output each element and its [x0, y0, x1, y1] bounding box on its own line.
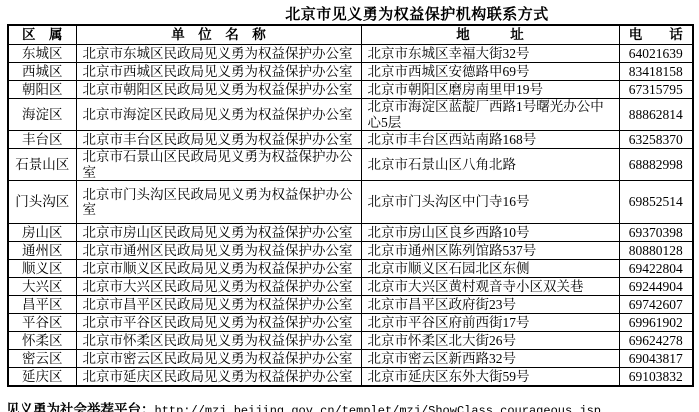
- district-cell: 延庆区: [8, 368, 76, 387]
- unit-cell: 北京市通州区民政局见义勇为权益保护办公室: [76, 242, 361, 260]
- table-row: 顺义区 北京市顺义区民政局见义勇为权益保护办公室 北京市顺义区石园北区东侧 69…: [8, 260, 693, 278]
- table-row: 朝阳区 北京市朝阳区民政局见义勇为权益保护办公室 北京市朝阳区磨房南里甲19号 …: [8, 81, 693, 99]
- phone-cell: 69043817: [619, 350, 693, 368]
- unit-cell: 北京市门头沟区民政局见义勇为权益保护办公室: [76, 181, 361, 224]
- page-footer: 见义勇为社会举荐平台：http://mzj.beijing.gov.cn/tem…: [6, 398, 699, 412]
- table-row: 大兴区 北京市大兴区民政局见义勇为权益保护办公室 北京市大兴区黄村观音寺小区双关…: [8, 278, 693, 296]
- unit-cell: 北京市朝阳区民政局见义勇为权益保护办公室: [76, 81, 361, 99]
- district-cell: 通州区: [8, 242, 76, 260]
- table-row: 门头沟区 北京市门头沟区民政局见义勇为权益保护办公室 北京市门头沟区中门寺16号…: [8, 181, 693, 224]
- address-cell: 北京市平谷区府前西街17号: [361, 314, 619, 332]
- table-body: 东城区 北京市东城区民政局见义勇为权益保护办公室 北京市东城区幸福大街32号 6…: [8, 45, 693, 387]
- footer-label: 见义勇为社会举荐平台：: [6, 402, 155, 412]
- phone-cell: 69742607: [619, 296, 693, 314]
- unit-cell: 北京市丰台区民政局见义勇为权益保护办公室: [76, 131, 361, 149]
- address-cell: 北京市海淀区蓝靛厂西路1号曙光办公中心5层: [361, 99, 619, 131]
- unit-cell: 北京市石景山区民政局见义勇为权益保护办公室: [76, 149, 361, 181]
- phone-cell: 69852514: [619, 181, 693, 224]
- phone-cell: 88862814: [619, 99, 693, 131]
- address-cell: 北京市昌平区政府街23号: [361, 296, 619, 314]
- phone-cell: 63258370: [619, 131, 693, 149]
- table-row: 延庆区 北京市延庆区民政局见义勇为权益保护办公室 北京市延庆区东外大街59号 6…: [8, 368, 693, 387]
- district-cell: 丰台区: [8, 131, 76, 149]
- contacts-table: 区 属 单 位 名 称 地 址 电 话 东城区 北京市东城区民政局见义勇为权益保…: [7, 24, 694, 387]
- table-row: 怀柔区 北京市怀柔区民政局见义勇为权益保护办公室 北京市怀柔区北大街26号 69…: [8, 332, 693, 350]
- unit-cell: 北京市东城区民政局见义勇为权益保护办公室: [76, 45, 361, 63]
- table-row: 东城区 北京市东城区民政局见义勇为权益保护办公室 北京市东城区幸福大街32号 6…: [8, 45, 693, 63]
- district-cell: 怀柔区: [8, 332, 76, 350]
- table-row: 丰台区 北京市丰台区民政局见义勇为权益保护办公室 北京市丰台区西站南路168号 …: [8, 131, 693, 149]
- phone-cell: 80880128: [619, 242, 693, 260]
- column-header-phone: 电 话: [619, 25, 693, 45]
- table-row: 房山区 北京市房山区民政局见义勇为权益保护办公室 北京市房山区良乡西路10号 6…: [8, 224, 693, 242]
- table-row: 通州区 北京市通州区民政局见义勇为权益保护办公室 北京市通州区陈列馆路537号 …: [8, 242, 693, 260]
- phone-cell: 83418158: [619, 63, 693, 81]
- unit-cell: 北京市平谷区民政局见义勇为权益保护办公室: [76, 314, 361, 332]
- column-header-district: 区 属: [8, 25, 76, 45]
- phone-cell: 69624278: [619, 332, 693, 350]
- district-cell: 房山区: [8, 224, 76, 242]
- district-cell: 石景山区: [8, 149, 76, 181]
- address-cell: 北京市大兴区黄村观音寺小区双关巷: [361, 278, 619, 296]
- column-header-address: 地 址: [361, 25, 619, 45]
- table-row: 西城区 北京市西城区民政局见义勇为权益保护办公室 北京市西城区安德路甲69号 8…: [8, 63, 693, 81]
- table-row: 密云区 北京市密云区民政局见义勇为权益保护办公室 北京市密云区新西路32号 69…: [8, 350, 693, 368]
- district-cell: 密云区: [8, 350, 76, 368]
- unit-cell: 北京市房山区民政局见义勇为权益保护办公室: [76, 224, 361, 242]
- table-row: 海淀区 北京市海淀区民政局见义勇为权益保护办公室 北京市海淀区蓝靛厂西路1号曙光…: [8, 99, 693, 131]
- address-cell: 北京市门头沟区中门寺16号: [361, 181, 619, 224]
- district-cell: 东城区: [8, 45, 76, 63]
- phone-cell: 69961902: [619, 314, 693, 332]
- address-cell: 北京市延庆区东外大街59号: [361, 368, 619, 387]
- address-cell: 北京市顺义区石园北区东侧: [361, 260, 619, 278]
- table-row: 石景山区 北京市石景山区民政局见义勇为权益保护办公室 北京市石景山区八角北路 6…: [8, 149, 693, 181]
- footer-url: http://mzj.beijing.gov.cn/templet/mzj/Sh…: [155, 404, 601, 412]
- address-cell: 北京市房山区良乡西路10号: [361, 224, 619, 242]
- phone-cell: 67315795: [619, 81, 693, 99]
- unit-cell: 北京市密云区民政局见义勇为权益保护办公室: [76, 350, 361, 368]
- address-cell: 北京市朝阳区磨房南里甲19号: [361, 81, 619, 99]
- district-cell: 顺义区: [8, 260, 76, 278]
- district-cell: 昌平区: [8, 296, 76, 314]
- unit-cell: 北京市昌平区民政局见义勇为权益保护办公室: [76, 296, 361, 314]
- district-cell: 平谷区: [8, 314, 76, 332]
- phone-cell: 64021639: [619, 45, 693, 63]
- table-header-row: 区 属 单 位 名 称 地 址 电 话: [8, 25, 693, 45]
- address-cell: 北京市西城区安德路甲69号: [361, 63, 619, 81]
- address-cell: 北京市通州区陈列馆路537号: [361, 242, 619, 260]
- phone-cell: 69103832: [619, 368, 693, 387]
- table-row: 昌平区 北京市昌平区民政局见义勇为权益保护办公室 北京市昌平区政府街23号 69…: [8, 296, 693, 314]
- district-cell: 海淀区: [8, 99, 76, 131]
- address-cell: 北京市石景山区八角北路: [361, 149, 619, 181]
- address-cell: 北京市东城区幸福大街32号: [361, 45, 619, 63]
- district-cell: 门头沟区: [8, 181, 76, 224]
- unit-cell: 北京市延庆区民政局见义勇为权益保护办公室: [76, 368, 361, 387]
- table-row: 平谷区 北京市平谷区民政局见义勇为权益保护办公室 北京市平谷区府前西街17号 6…: [8, 314, 693, 332]
- column-header-unit: 单 位 名 称: [76, 25, 361, 45]
- phone-cell: 69370398: [619, 224, 693, 242]
- phone-cell: 68882998: [619, 149, 693, 181]
- address-cell: 北京市怀柔区北大街26号: [361, 332, 619, 350]
- unit-cell: 北京市西城区民政局见义勇为权益保护办公室: [76, 63, 361, 81]
- unit-cell: 北京市海淀区民政局见义勇为权益保护办公室: [76, 99, 361, 131]
- unit-cell: 北京市大兴区民政局见义勇为权益保护办公室: [76, 278, 361, 296]
- district-cell: 朝阳区: [8, 81, 76, 99]
- district-cell: 西城区: [8, 63, 76, 81]
- page-title: 北京市见义勇为权益保护机构联系方式: [0, 0, 699, 24]
- unit-cell: 北京市顺义区民政局见义勇为权益保护办公室: [76, 260, 361, 278]
- phone-cell: 69244904: [619, 278, 693, 296]
- address-cell: 北京市密云区新西路32号: [361, 350, 619, 368]
- unit-cell: 北京市怀柔区民政局见义勇为权益保护办公室: [76, 332, 361, 350]
- district-cell: 大兴区: [8, 278, 76, 296]
- phone-cell: 69422804: [619, 260, 693, 278]
- address-cell: 北京市丰台区西站南路168号: [361, 131, 619, 149]
